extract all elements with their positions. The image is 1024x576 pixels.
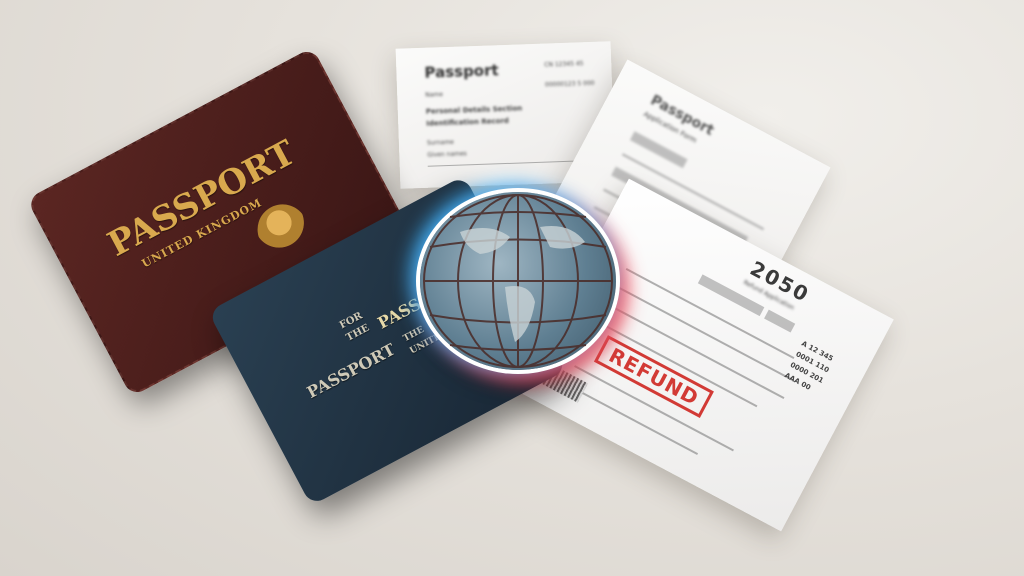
- back-document-field-2: Given names: [427, 150, 467, 158]
- back-document-field-1: Surname: [427, 139, 454, 147]
- back-document-line-2: Identification Record: [426, 117, 509, 128]
- back-document-title: Passport: [424, 61, 499, 82]
- back-document-header-2: 00000123 5 000: [545, 80, 595, 89]
- blue-passport-line-3: PASSPORT: [304, 340, 399, 402]
- back-document-label: Name: [425, 91, 443, 99]
- back-document-line-1: Personal Details Section: [426, 104, 523, 115]
- back-document-header-1: CN 12345 45: [544, 60, 583, 68]
- globe-icon: [420, 192, 616, 370]
- photo-scene: Passport CN 12345 45 00000123 5 000 Name…: [0, 0, 1024, 576]
